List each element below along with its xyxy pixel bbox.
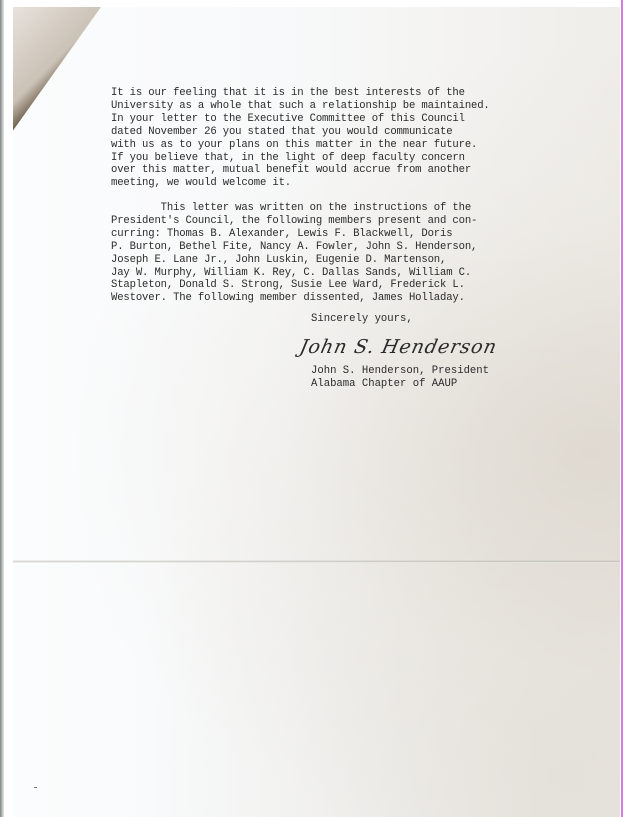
signer-organization: Alabama Chapter of AAUP	[311, 378, 489, 391]
scan-left-edge	[0, 0, 4, 817]
paragraph-feeling: It is our feeling that it is in the best…	[111, 87, 511, 190]
paragraph-council-members: This letter was written on the instructi…	[111, 202, 511, 305]
signature-block: John S. Henderson, PresidentAlabama Chap…	[311, 365, 489, 391]
scan-right-edge	[621, 0, 623, 817]
scan-speck	[34, 787, 37, 788]
signer-name-title: John S. Henderson, President	[311, 365, 489, 378]
closing-salutation: Sincerely yours,	[311, 313, 413, 325]
page-fold-crease	[13, 560, 620, 563]
handwritten-signature: John S. Henderson	[298, 336, 523, 358]
